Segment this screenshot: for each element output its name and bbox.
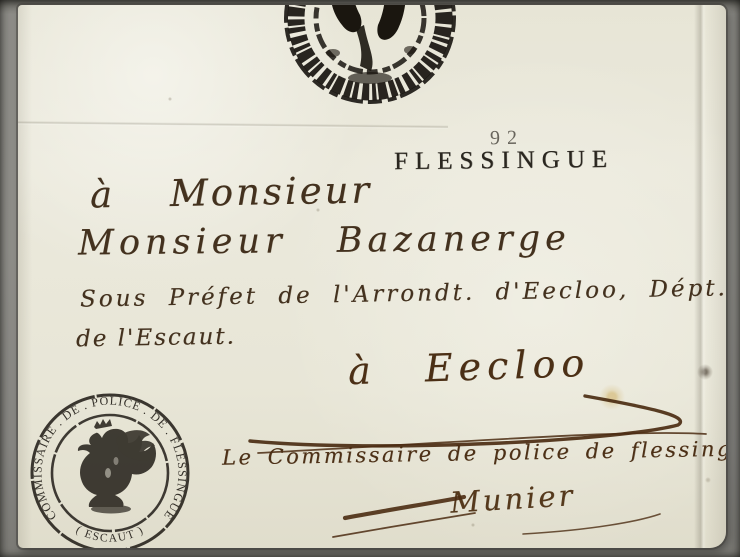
svg-text:( ESCAUT ): ( ESCAUT ) — [74, 524, 147, 545]
photo-frame: 92 FLESSINGUE à Monsieur Monsieur Bazane… — [0, 0, 740, 557]
imperial-eagle-icon — [78, 419, 156, 514]
police-seal: COMMISSAIRE . DE . POLICE . DE . FLESSIN… — [22, 385, 198, 548]
seal-text-escaut: ( ESCAUT ) — [74, 524, 147, 545]
letter-paper: 92 FLESSINGUE à Monsieur Monsieur Bazane… — [18, 5, 726, 548]
